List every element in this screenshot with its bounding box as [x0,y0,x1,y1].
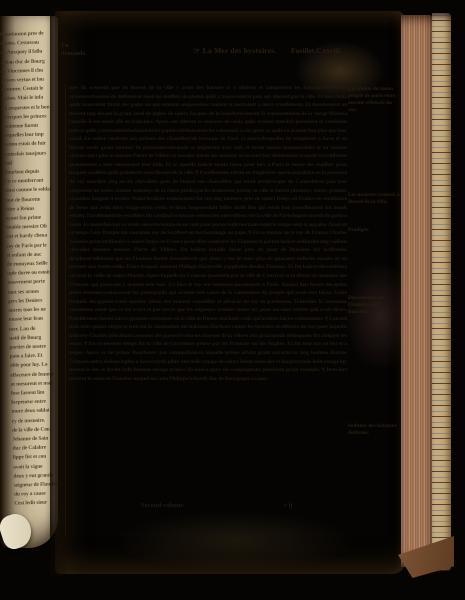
margin-note: Prodiges. [348,227,400,234]
folio-number: Fueillet.C.xxviii. [291,47,381,55]
facing-page-edge: Manslauson pres de rennes. Cestassau rs.… [0,16,58,548]
text-block-rule [65,85,66,535]
running-head-title-text: La Mer des hystoires. [203,46,277,55]
facing-page-text-fragments: Manslauson pres de rennes. Cestassau rs.… [0,29,62,508]
volume-label: Second volume. [141,502,261,509]
fore-edge-board [432,13,451,571]
paper-stain [115,511,355,571]
running-head-left-note: En demande. [61,42,107,57]
margin-note: La fidelité du menu peuple de paris estr… [348,86,400,114]
printers-fist-icon: ☞ [193,46,200,55]
fore-edge-pages [401,15,432,567]
book-photo: Manslauson pres de rennes. Cestassau rs.… [0,0,465,600]
margin-note: Desconfiture de Flamens pres Bouvines. [348,295,400,316]
book-page: En demande. ☞ La Mer des hystoires. Fuei… [55,11,405,574]
body-text: mes ilz sceurent que en lhostel de la vi… [69,84,347,504]
margin-note: Sedition des habitans dorleans. [348,423,400,437]
margin-note: Les maistres trouvez a lhostel de la vil… [348,192,400,206]
signature-mark: r ij [284,502,324,509]
